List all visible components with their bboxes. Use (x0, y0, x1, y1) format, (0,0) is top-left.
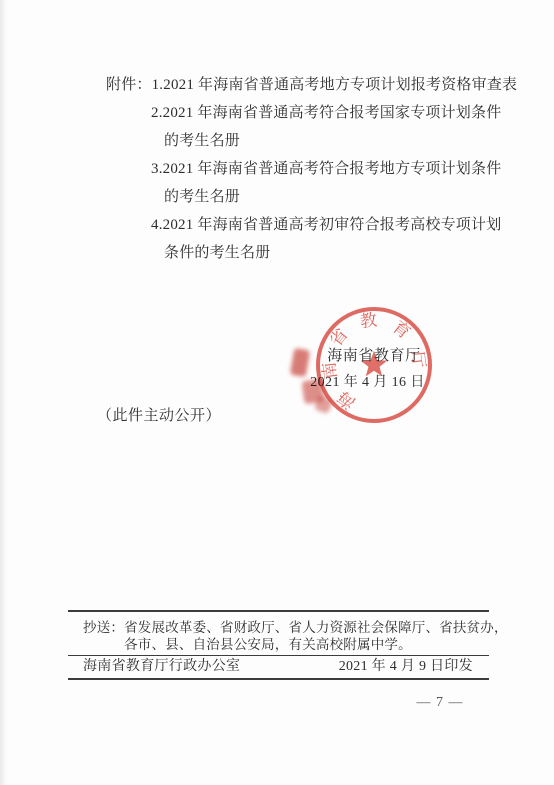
attachment-list: 附件：1.2021 年海南省普通高考地方专项计划报考资格审查表 2.2021 年… (106, 71, 546, 267)
signature-date: 2021 年 4 月 16 日 (300, 371, 435, 391)
issuer-name: 海南省教育厅行政办公室 (83, 659, 240, 675)
footer-rule-top (68, 610, 489, 612)
attachment-title: 2021 年海南省普通高考地方专项计划报考资格审查表 (163, 77, 517, 93)
cc-recipients-line: 省发展改革委、省财政厅、省人力资源社会保障厅、省扶贫办， (124, 619, 508, 636)
attachment-item-continuation: 的考生名册 (106, 183, 546, 211)
document-page: 附件：1.2021 年海南省普通高考地方专项计划报考资格审查表 2.2021 年… (0, 0, 554, 785)
cc-recipients-line: 各市、县、自治县公安局，有关高校附属中学。 (124, 636, 508, 653)
attachment-number: 4. (151, 217, 163, 233)
attachment-title: 2021 年海南省普通高考初审符合报考高校专项计划 (163, 217, 502, 233)
cc-block: 抄送： 省发展改革委、省财政厅、省人力资源社会保障厅、省扶贫办， 各市、县、自治… (83, 619, 483, 653)
attachment-item-line: 3.2021 年海南省普通高考符合报考地方专项计划条件 (106, 155, 546, 183)
page-number: — 7 — (405, 695, 475, 711)
attachment-item-line: 2.2021 年海南省普通高考符合报考国家专项计划条件 (106, 99, 546, 127)
attachment-item-line: 附件：1.2021 年海南省普通高考地方专项计划报考资格审查表 (106, 71, 546, 99)
attachment-item-continuation: 的考生名册 (106, 127, 546, 155)
svg-text:教: 教 (359, 310, 378, 331)
footer-rule-bottom (68, 678, 489, 680)
imprint-row: 海南省教育厅行政办公室 2021 年 4 月 9 日印发 (83, 659, 473, 675)
attachment-title: 2021 年海南省普通高考符合报考国家专项计划条件 (163, 105, 502, 121)
attachment-number: 1. (152, 77, 164, 93)
attachment-number: 3. (151, 161, 163, 177)
signer-org-name: 海南省教育厅 (310, 344, 438, 365)
cc-label: 抄送： (83, 619, 124, 653)
official-seal: 海南省教育厅 (314, 305, 434, 425)
attachment-number: 2. (151, 105, 163, 121)
attachment-title: 2021 年海南省普通高考符合报考地方专项计划条件 (163, 161, 502, 177)
cc-recipients: 省发展改革委、省财政厅、省人力资源社会保障厅、省扶贫办， 各市、县、自治县公安局… (124, 619, 508, 653)
attachment-item-continuation: 条件的考生名册 (106, 239, 546, 267)
footer-rule-middle (68, 655, 489, 656)
print-date: 2021 年 4 月 9 日印发 (339, 659, 473, 675)
disclosure-note: （此件主动公开） (97, 404, 221, 425)
attachment-item-line: 4.2021 年海南省普通高考初审符合报考高校专项计划 (106, 211, 546, 239)
attachment-label: 附件： (106, 77, 152, 93)
